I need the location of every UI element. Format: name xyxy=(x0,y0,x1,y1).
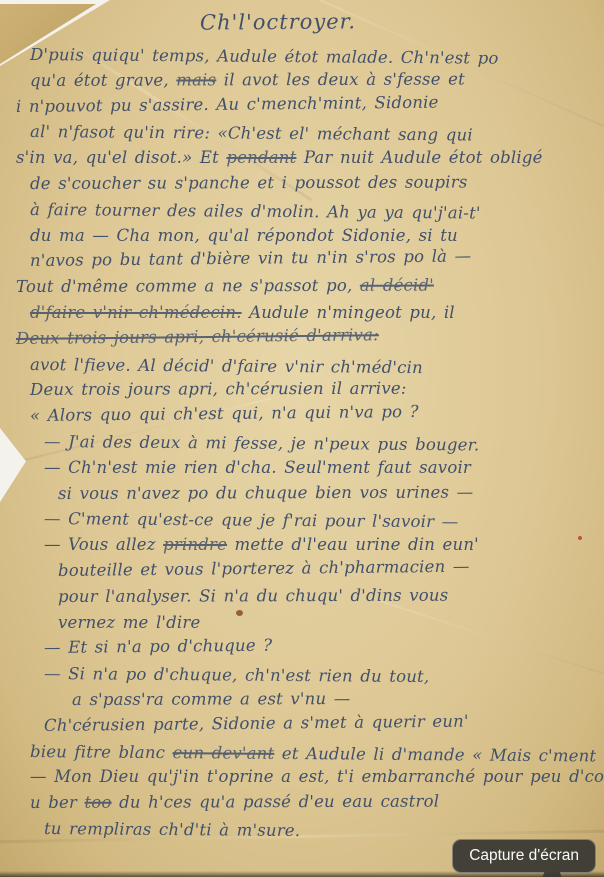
screenshot-viewport: Ch'l'octroyer. D'puis quiqu' temps, Audu… xyxy=(0,0,604,877)
manuscript-text-segment: mais xyxy=(176,70,216,89)
manuscript-line: Tout d'même comme a ne s'passot po, al d… xyxy=(16,272,596,300)
screenshot-capture-label: Capture d'écran xyxy=(469,847,579,864)
manuscript-text-segment: de s'coucher su s'panche et i poussot de… xyxy=(30,172,468,193)
manuscript-line: « Alors quo qui ch'est qui, n'a qui n'va… xyxy=(30,397,596,429)
manuscript-text-segment: bieu fitre blanc xyxy=(30,742,173,762)
manuscript-text-segment: Audule n'mingeot pu, il xyxy=(242,303,455,322)
manuscript-text-segment: si vous n'avez po du chuque bien vos uri… xyxy=(58,482,473,502)
manuscript-text-segment: al décid' xyxy=(360,276,434,295)
manuscript-line: — C'ment qu'est-ce que je f'rai pour l's… xyxy=(44,506,596,536)
manuscript-line: Ch'cérusien parte, Sidonie a s'met à que… xyxy=(44,707,596,739)
manuscript-text-segment: i n'pouvot pu s'assire. Au c'mench'mint,… xyxy=(16,92,439,115)
manuscript-text-segment: mette d'l'eau urine din eun' xyxy=(227,535,479,554)
manuscript-text-segment: eun dev'ant xyxy=(173,743,275,763)
manuscript-text-segment: Deux trois jours apri, ch'cérusié d'arri… xyxy=(16,325,379,348)
screenshot-capture-tooltip[interactable]: Capture d'écran xyxy=(452,839,596,873)
manuscript-text-segment: d'faire v'nir ch'médecin. xyxy=(30,303,242,322)
manuscript-text-segment: Deux trois jours apri, ch'cérusien il ar… xyxy=(30,379,407,399)
manuscript-text-segment: D'puis quiqu' temps, Audule étot malade.… xyxy=(30,45,499,68)
manuscript-text-segment: u ber xyxy=(30,793,85,812)
manuscript-text-segment: pendant xyxy=(226,148,296,167)
manuscript-text-segment: n'avos po bu tant d'bière vin tu n'in s'… xyxy=(30,247,472,271)
manuscript-text-segment: à faire tourner des ailes d'molin. Ah ya… xyxy=(30,200,481,223)
manuscript-text-segment: Par nuit Audule étot obligé xyxy=(296,148,542,167)
manuscript-text-segment: « Alors quo qui ch'est qui, n'a qui n'va… xyxy=(30,402,419,425)
manuscript-line: de s'coucher su s'panche et i poussot de… xyxy=(30,169,596,197)
manuscript-text-segment: avot l'fieve. Al décid' d'faire v'nir ch… xyxy=(30,355,423,377)
manuscript-line: s'in va, qu'el disot.» Et pendant Par nu… xyxy=(16,145,596,171)
manuscript-line: — J'ai des deux à mi fesse, je n'peux pu… xyxy=(44,429,596,459)
manuscript-text-segment: bouteille et vous l'porterez à ch'pharma… xyxy=(58,557,470,580)
manuscript-text-segment: et Audule li d'mande « Mais c'ment qu' xyxy=(274,743,604,765)
manuscript-text-segment: vernez me l'dire xyxy=(58,613,200,632)
manuscript-text-segment: tu rempliras ch'd'ti à m'sure. xyxy=(44,819,300,840)
manuscript-text-segment: il avot les deux à s'fesse et xyxy=(216,69,465,89)
manuscript-lines: D'puis quiqu' temps, Audule étot malade.… xyxy=(0,42,596,842)
manuscript-text-segment: qu'a étot grave, xyxy=(30,70,176,90)
handwritten-text-block: Ch'l'octroyer. D'puis quiqu' temps, Audu… xyxy=(0,0,604,842)
manuscript-text-segment: — C'ment qu'est-ce que je f'rai pour l's… xyxy=(44,509,459,531)
manuscript-line: à faire tourner des ailes d'molin. Ah ya… xyxy=(30,197,596,227)
manuscript-text-segment: prindre xyxy=(163,535,227,554)
manuscript-line: bouteille et vous l'porterez à ch'pharma… xyxy=(58,552,596,583)
manuscript-text-segment: du ma — Cha mon, qu'al répondot Sidonie,… xyxy=(30,226,458,245)
manuscript-line: Deux trois jours apri, ch'cérusié d'arri… xyxy=(16,320,596,352)
manuscript-text-segment: pour l'analyser. Si n'a du chuqu' d'dins… xyxy=(58,585,448,605)
manuscript-text-segment: — Ch'n'est mie rien d'cha. Seul'ment fau… xyxy=(44,458,471,477)
manuscript-text-segment: Ch'cérusien parte, Sidonie a s'met à que… xyxy=(44,711,469,734)
manuscript-text-segment: a s'pass'ra comme a est v'nu — xyxy=(72,689,351,709)
manuscript-text-segment: too xyxy=(84,793,111,812)
manuscript-line: bieu fitre blanc eun dev'ant et Audule l… xyxy=(30,739,596,769)
manuscript-text-segment: — Et si n'a po d'chuque ? xyxy=(44,636,272,657)
manuscript-text-segment: — Mon Dieu qu'j'in t'oprine a est, t'i e… xyxy=(30,767,604,786)
manuscript-text-segment: al' n'fasot qu'in rire: «Ch'est el' méch… xyxy=(30,122,473,144)
manuscript-line: i n'pouvot pu s'assire. Au c'mench'mint,… xyxy=(16,88,596,120)
manuscript-text-segment: — Vous allez xyxy=(44,535,163,554)
manuscript-line: — Et si n'a po d'chuque ? xyxy=(44,630,596,662)
manuscript-line: n'avos po bu tant d'bière vin tu n'in s'… xyxy=(30,242,596,274)
manuscript-line: pour l'analyser. Si n'a du chuqu' d'dins… xyxy=(58,582,596,610)
manuscript-text-segment: du h'ces qu'a passé d'eu eau castrol xyxy=(112,792,440,812)
manuscript-text-segment: — Si n'a po d'chuque, ch'n'est rien du t… xyxy=(44,664,430,686)
manuscript-line: — Ch'n'est mie rien d'cha. Seul'ment fau… xyxy=(44,455,596,481)
manuscript-line: si vous n'avez po du chuque bien vos uri… xyxy=(58,479,596,507)
manuscript-text-segment: s'in va, qu'el disot.» Et xyxy=(16,148,226,167)
manuscript-text-segment: Tout d'même comme a ne s'passot po, xyxy=(16,276,360,296)
manuscript-text-segment: — J'ai des deux à mi fesse, je n'peux pu… xyxy=(44,432,480,454)
manuscript-line: al' n'fasot qu'in rire: «Ch'est el' méch… xyxy=(30,119,596,149)
manuscript-page: Ch'l'octroyer. D'puis quiqu' temps, Audu… xyxy=(0,0,604,877)
manuscript-title: Ch'l'octroyer. xyxy=(0,8,556,37)
manuscript-line: u ber too du h'ces qu'a passé d'eu eau c… xyxy=(30,788,596,816)
